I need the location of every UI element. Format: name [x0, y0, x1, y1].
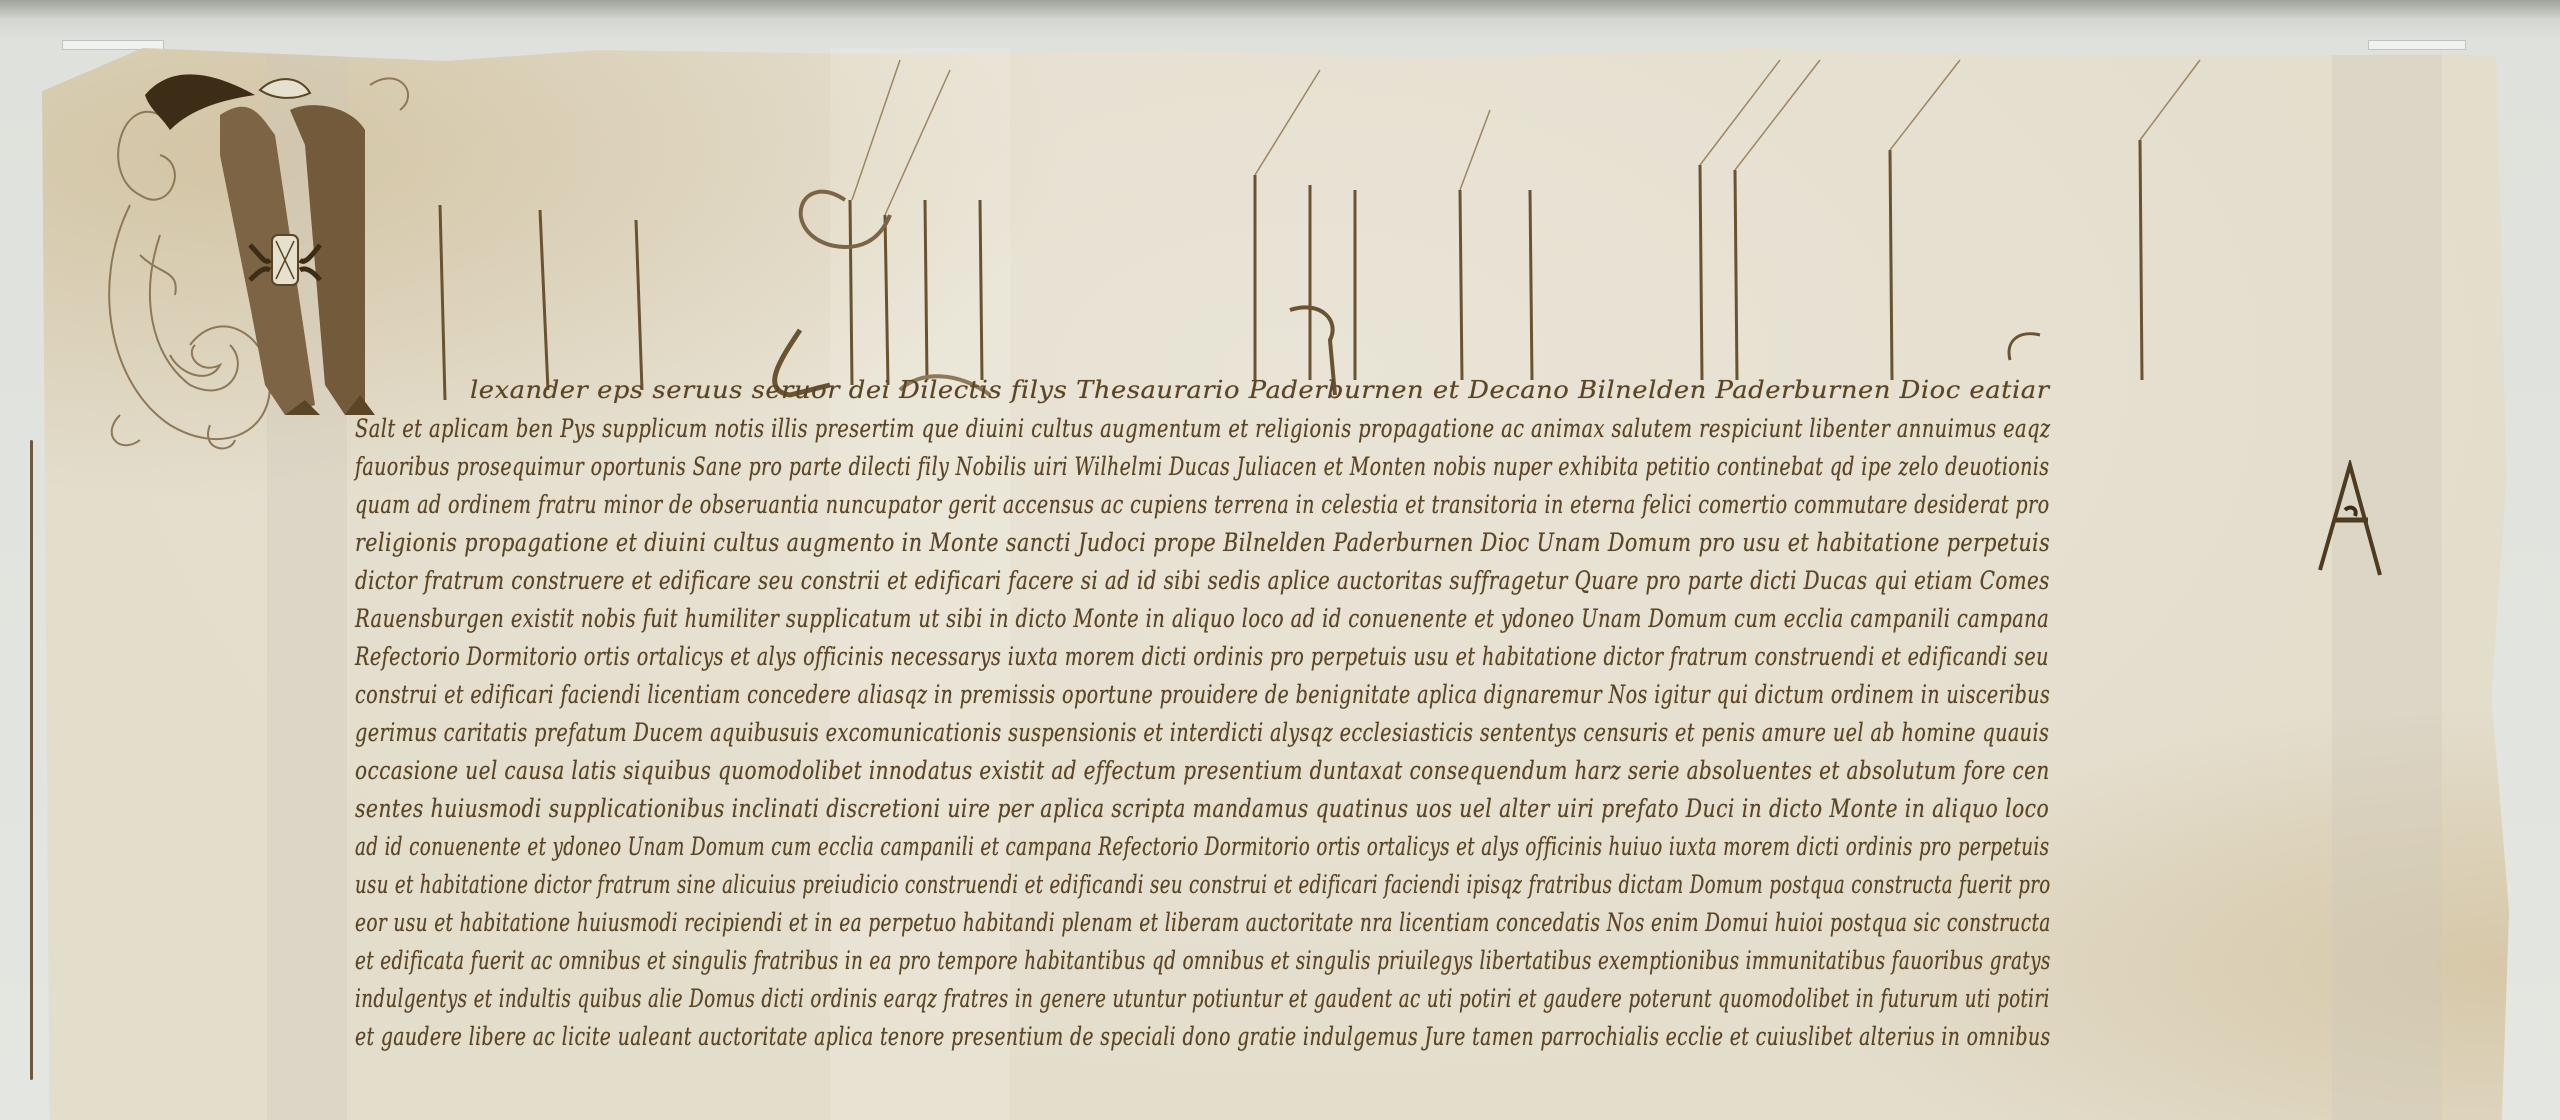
text-line-10: gerimus caritatis prefatum Ducem aquibus… [355, 718, 2049, 747]
text-line-4: quam ad ordinem fratru minor de obseruan… [355, 490, 2049, 519]
text-line-16: et edificata fuerit ac omnibus et singul… [355, 946, 2051, 975]
text-line-13: ad id conuenente et ydoneo Unam Domum cu… [355, 832, 2049, 861]
illuminated-initial-icon [100, 55, 480, 455]
text-line-2: Salt et aplicam ben Pys supplicum notis … [355, 414, 2051, 443]
text-line-12: sentes huiusmodi supplicationibus inclin… [355, 794, 2049, 823]
mount-clip-right [2368, 40, 2466, 50]
text-line-3: fauoribus prosequimur oportunis Sane pro… [355, 452, 2049, 481]
text-line-7: Rauensburgen existit nobis fuit humilite… [355, 604, 2049, 633]
left-margin-rule [30, 440, 33, 1080]
text-line-14: usu et habitatione dictor fratrum sine a… [355, 870, 2051, 899]
text-line-18: et gaudere libere ac licite ualeant auct… [355, 1022, 2051, 1051]
text-line-15: eor usu et habitatione huiusmodi recipie… [355, 908, 2051, 937]
text-line-6: dictor fratrum construere et edificare s… [355, 566, 2050, 595]
text-line-17: indulgentys et indultis quibus alie Domu… [355, 984, 2050, 1013]
text-line-1: lexander eps seruus seruor dei Dilectis … [470, 376, 2050, 404]
text-line-9: construi et edificari faciendi licentiam… [355, 680, 2050, 709]
display-case-top [0, 0, 2560, 18]
mounting-strip-right [2332, 48, 2442, 1120]
text-line-8: Refectorio Dormitorio ortis ortalicys et… [355, 642, 2049, 671]
text-line-5: religionis propagatione et diuini cultus… [355, 528, 2050, 557]
notary-mark-icon [2310, 460, 2390, 580]
text-line-11: occasione uel causa latis siquibus quomo… [355, 756, 2050, 785]
